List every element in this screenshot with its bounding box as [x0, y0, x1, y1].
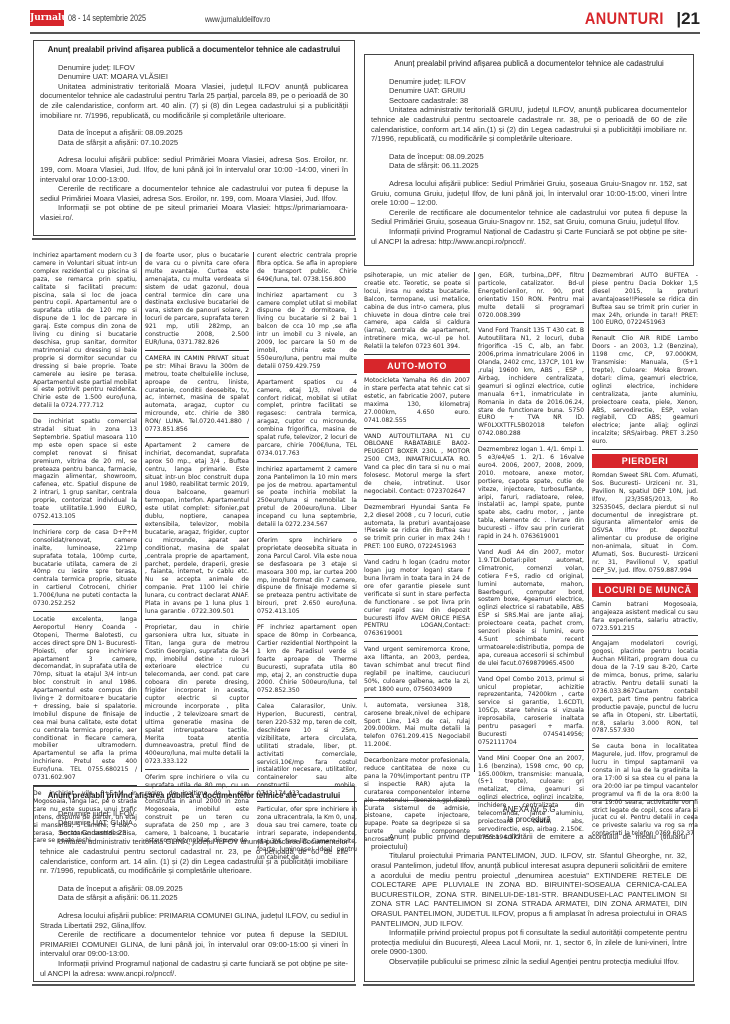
classified-ad: Renault Clio AIR RIDE Lambo Doors - an 2…	[592, 335, 698, 450]
classified-ad: CAMERA IN CAMIN PRIVAT situat pe str: Mi…	[145, 355, 249, 438]
annex-subtitle: la procedură	[371, 815, 687, 825]
lost-item-ad: Romdan Sweet SRL Com. Afumati, Sos. Bucu…	[592, 472, 698, 579]
notice-moara-vlasiei: Anunț prealabil privind afișarea publică…	[33, 40, 355, 236]
annex-title: ANEXA Nr. 5.G	[371, 805, 687, 815]
classified-ad: PF inchriez apartament open space de 80m…	[257, 624, 357, 699]
classifieds-column-2: de foarte usor, plus o bucatarie de vara…	[145, 252, 249, 852]
classifieds-column-6: Dezmembrari AUTO BUFTEA - piese pentru D…	[592, 272, 698, 845]
classified-ad: Vand Opel Combo 2013, primul si unicul p…	[478, 676, 584, 751]
classifieds-column-3: curent electric centrala proprie fibra o…	[257, 252, 357, 868]
notice-address: Adresa locului afișării publice: sediul …	[40, 155, 348, 184]
notice-body: Titularul proiectului Primaria PANTELIMO…	[371, 851, 687, 928]
page-header: Jurnalul 08 - 14 septembrie 2025 www.jur…	[30, 8, 700, 32]
notice-county: Denumire județ: ILFOV	[371, 77, 687, 87]
classified-ad: Inchiriez apartament modern cu 3 camere …	[33, 252, 137, 414]
notice-uat: Denumire UAT: GRUIU	[371, 86, 687, 96]
classified-ad: Apartament spatios cu 4 camere, etaj 1/3…	[257, 379, 357, 462]
notice-info: Informații se pot obtine de pe siteul pr…	[40, 203, 348, 222]
classified-ad: De inchiriat spatiu comercial stradal si…	[33, 418, 137, 525]
column-divider	[141, 252, 142, 772]
notice-info: Informații privind Programul Național de…	[371, 227, 687, 246]
classifieds-column-4: psihoterapie, un mic atelier de creatie …	[364, 272, 470, 851]
classifieds-column-1: Inchiriez apartament modern cu 3 camere …	[33, 252, 137, 852]
job-ad: Angajam modelatori covrigi, gogosi, plac…	[592, 640, 698, 739]
classified-ad: VAND AUTOUTILITARA N1 CU OBLOANE RABATAB…	[364, 433, 470, 500]
issue-date: 08 - 14 septembrie 2025	[68, 13, 146, 23]
classifieds-column-5: gen, EGR, turbina,,DPF, filtru particole…	[478, 272, 584, 849]
notice-sectors: Sectoare cadastrale: 38	[371, 96, 687, 106]
notice-rectification: Cererile de rectificare a documentelor t…	[40, 930, 348, 959]
notice-intro: Anunț public privind depunerea solicităr…	[371, 832, 687, 851]
classified-ad: psihoterapie, un mic atelier de creatie …	[364, 272, 470, 355]
notice-sector: Sector Cadastral: 23	[40, 828, 348, 838]
classified-ad: de foarte usor, plus o bucatarie de vara…	[145, 252, 249, 351]
notice-pantelimon: ANEXA Nr. 5.G la procedură Anunț public …	[364, 800, 694, 982]
notice-title: Anunț prealabil privind afișarea publică…	[371, 59, 687, 69]
classified-ad: curent electric centrala proprie fibra o…	[257, 252, 357, 288]
notice-observations: Observațiile publicului se primesc zilni…	[371, 957, 687, 967]
page-number: |21	[676, 9, 700, 29]
classified-ad: Motocicleta Yamaha R6 din 2007 in stare …	[364, 377, 470, 428]
classified-ad: Inchiriere corp de casa D+P+M consolidat…	[33, 529, 137, 612]
notice-rectification: Cererile de rectificare a documentelor t…	[40, 184, 348, 203]
column-divider	[588, 272, 589, 772]
classified-ad: Vand Ford Transit 135 T 430 cat. B Autou…	[478, 327, 584, 442]
header-divider	[30, 32, 700, 34]
classified-ad: Locatie excelenta, langa Aeroportul Henr…	[33, 616, 137, 786]
classified-ad: Oferim spre inchiriere o proprietate deo…	[257, 537, 357, 620]
notice-body: Unitatea administrativ teritorială GLINA…	[40, 837, 348, 875]
classified-ad: Dezmembrari Hyundai Santa Fe 2,2 diesel …	[364, 504, 470, 555]
classified-ad: Inchiriez apartamernt 2 camere zona Pant…	[257, 466, 357, 533]
classified-ad: Vand cadru h logan (cadru motor logan ju…	[364, 559, 470, 642]
notice-county: Denumire județ: ILFOV	[40, 809, 348, 819]
classified-ad: Vand Audi A4 din 2007, motor 1.9.TDI.Dot…	[478, 549, 584, 672]
notice-body: Unitatea administrativ teritorială GRUIU…	[371, 105, 687, 143]
column-divider	[474, 272, 475, 772]
section-title: ANUNTURI	[585, 9, 664, 29]
category-jobs: LOCURI DE MUNCĂ	[592, 583, 698, 597]
newspaper-logo: Jurnalul	[30, 10, 64, 26]
notice-glina: Anunț prealabil privind afișarea publică…	[33, 786, 355, 982]
notice-info: Informații privind Programul național de…	[40, 959, 348, 978]
notice-start-date: Data de început a afișării: 08.09.2025	[40, 884, 348, 894]
notice-start-date: Data de început a afișării: 08.09.2025	[40, 128, 348, 138]
notice-body: Unitatea administrativ teritorială Moara…	[40, 82, 348, 120]
notice-end-date: Data de sfârșit a afișării: 07.10.2025	[40, 138, 348, 148]
classified-ad: Inchiriez apartament cu 3 camere complet…	[257, 292, 357, 375]
classified-ad: Vand urgent semiremorca Krone, axa lifta…	[364, 646, 470, 697]
classified-ad: Apartament 2 camere de inchiriat, decoma…	[145, 442, 249, 620]
notice-address: Adresa locului afișării publice: PRIMARI…	[40, 911, 348, 930]
notice-rectification: Cererile de rectificare ale documentelor…	[371, 208, 687, 227]
notice-consult: Informațiile privind proiectul propus po…	[371, 928, 687, 957]
notice-end-date: Data de sfârșit a afișării: 06.11.2025	[40, 893, 348, 903]
category-auto-moto: AUTO-MOTO	[364, 359, 470, 373]
website-link[interactable]: www.jurnaluldeilfov.ro	[205, 14, 270, 24]
job-ad: Camin batrani Mogosoaia, angajeaza asist…	[592, 601, 698, 637]
notice-gruiu: Anunț prealabil privind afișarea publică…	[364, 54, 694, 266]
notice-uat: Denumire UAT: GLINA	[40, 818, 348, 828]
notice-address: Adresa locului afișării publice: Sediul …	[371, 179, 687, 208]
notice-county: Denumire județ: ILFOV	[40, 63, 348, 73]
notice-title: Anunț prealabil privind afișarea publică…	[40, 791, 348, 801]
category-lost: PIERDERI	[592, 454, 698, 468]
notice-title: Anunț prealabil privind afișarea publică…	[40, 45, 348, 55]
notice-start-date: Data de început: 08.09.2025	[371, 152, 687, 162]
notice-end-date: Data de sfârșit: 06.11.2025	[371, 161, 687, 171]
classified-ad: Dezmembrari AUTO BUFTEA - piese pentru D…	[592, 272, 698, 331]
classified-ad: gen, EGR, turbina,,DPF, filtru particole…	[478, 272, 584, 323]
column-divider	[253, 252, 254, 772]
classified-ad: I, automata, versiunea 318, carosene bre…	[364, 702, 470, 753]
classified-ad: Proprietar, dau in chirie garsoniera ult…	[145, 624, 249, 770]
classified-ad: Dezmembrez logan 1. 4/1. 6mpi 1. 5 e3/e4…	[478, 446, 584, 545]
notice-uat: Denumire UAT: MOARA VLĂSIEI	[40, 72, 348, 82]
